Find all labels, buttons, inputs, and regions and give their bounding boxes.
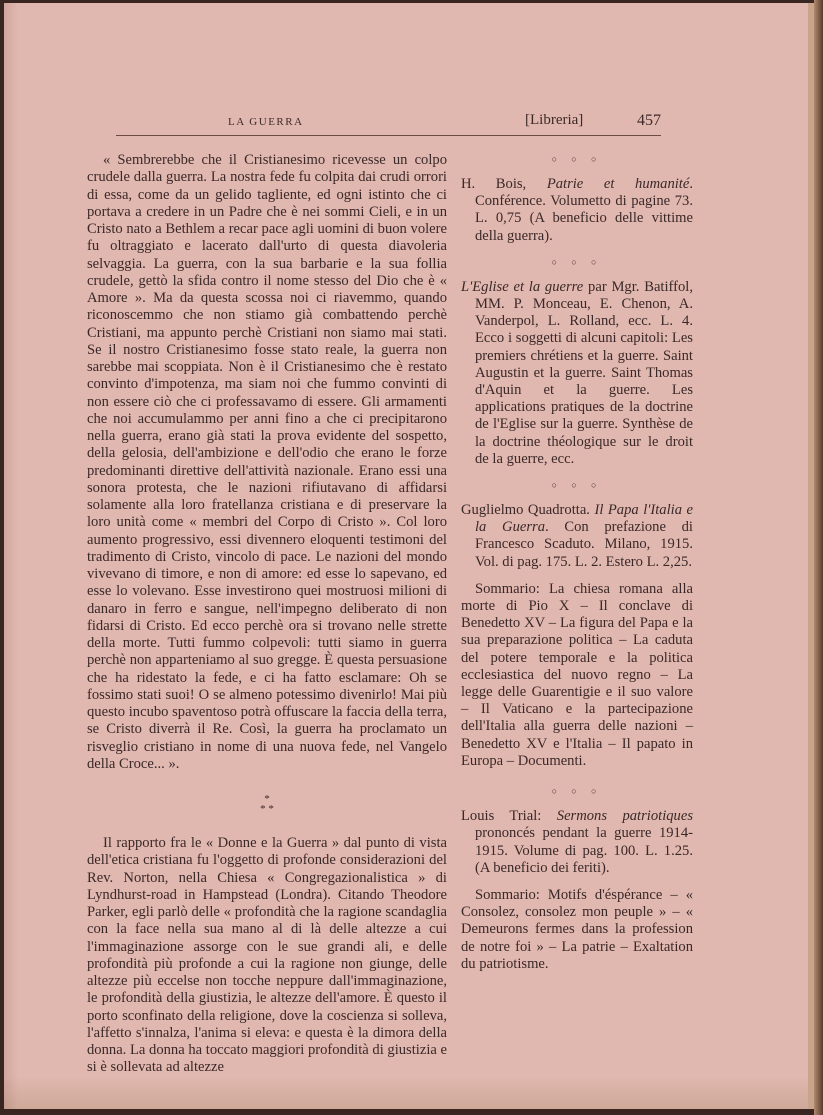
- running-head-section: [Libreria]: [525, 112, 583, 129]
- book-entry: L'Eglise et la guerre par Mgr. Batiffol,…: [461, 279, 693, 468]
- book-author: H. Bois,: [461, 176, 547, 192]
- page-number: 457: [637, 112, 661, 130]
- running-head-title: LA GUERRA: [228, 116, 304, 128]
- left-column: « Sembrerebbe che il Cristianesimo ricev…: [87, 152, 447, 1077]
- book-page: LA GUERRA [Libreria] 457 « Sembrerebbe c…: [4, 3, 814, 1109]
- book-author: Louis Trial:: [461, 808, 557, 824]
- quote-paragraph: « Sembrerebbe che il Cristianesimo ricev…: [87, 152, 447, 773]
- page-edge-shadow: [814, 0, 823, 1115]
- book-entry: Louis Trial: Sermons patriotiques pronon…: [461, 808, 693, 877]
- asterism-divider: * * *: [87, 797, 447, 815]
- article-paragraph: Il rapporto fra le « Donne e la Guerra »…: [87, 835, 447, 1077]
- right-column-book-list: ○ ○ ○ H. Bois, Patrie et humanité. Confé…: [461, 152, 693, 987]
- circle-divider: ○ ○ ○: [461, 152, 693, 166]
- book-title: Sermons patriotiques: [557, 808, 693, 824]
- book-summary: Sommario: Motifs d'éspérance – « Console…: [461, 887, 693, 973]
- running-head: LA GUERRA [Libreria] 457: [116, 113, 661, 136]
- book-title: Patrie et humanité: [547, 176, 690, 192]
- book-entry: Guglielmo Quadrotta. Il Papa l'Italia e …: [461, 502, 693, 571]
- book-entry: H. Bois, Patrie et humanité. Conférence.…: [461, 176, 693, 245]
- book-details: par Mgr. Batiffol, MM. P. Monceau, E. Ch…: [475, 279, 693, 467]
- circle-divider: ○ ○ ○: [461, 255, 693, 269]
- book-summary: Sommario: La chiesa romana alla morte di…: [461, 581, 693, 770]
- circle-divider: ○ ○ ○: [461, 478, 693, 492]
- book-details: prononcés pendant la guerre 1914-1915. V…: [475, 825, 693, 875]
- book-author: Guglielmo Quadrotta.: [461, 502, 594, 518]
- circle-divider: ○ ○ ○: [461, 784, 693, 798]
- book-title: L'Eglise et la guerre: [461, 279, 583, 295]
- asterism-star-top: *: [87, 793, 447, 799]
